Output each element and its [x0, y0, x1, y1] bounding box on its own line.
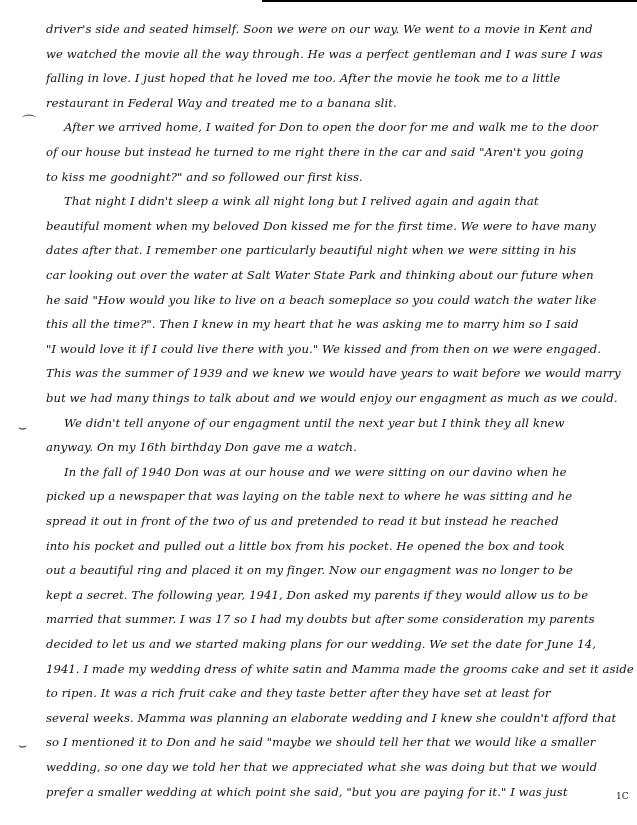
margin-mark: ⌣ — [18, 420, 27, 436]
text-line: decided to let us and we started making … — [46, 637, 596, 651]
text-line: this all the time?". Then I knew in my h… — [46, 317, 579, 331]
text-line: kept a secret. The following year, 1941,… — [46, 588, 588, 602]
text-line: we watched the movie all the way through… — [46, 47, 603, 61]
text-line: falling in love. I just hoped that he lo… — [46, 71, 560, 85]
text-line: 1941. I made my wedding dress of white s… — [46, 662, 634, 676]
text-line: We didn't tell anyone of our engagment u… — [64, 416, 565, 430]
text-line: so I mentioned it to Don and he said "ma… — [46, 735, 595, 749]
text-line: into his pocket and pulled out a little … — [46, 539, 565, 553]
margin-mark: ⌒ — [22, 112, 36, 132]
page-number: 1C — [616, 792, 629, 802]
text-line: dates after that. I remember one particu… — [46, 243, 576, 257]
text-line: of our house but instead he turned to me… — [46, 145, 584, 159]
text-line: In the fall of 1940 Don was at our house… — [64, 465, 567, 479]
text-line: but we had many things to talk about and… — [46, 391, 618, 405]
text-line: several weeks. Mamma was planning an ela… — [46, 711, 616, 725]
text-line: anyway. On my 16th birthday Don gave me … — [46, 440, 357, 454]
margin-mark: ⌣ — [18, 738, 27, 754]
text-line: to ripen. It was a rich fruit cake and t… — [46, 686, 551, 700]
text-line: beautiful moment when my beloved Don kis… — [46, 219, 596, 233]
text-line: to kiss me goodnight?" and so followed o… — [46, 170, 363, 184]
text-line: car looking out over the water at Salt W… — [46, 268, 594, 282]
text-line: wedding, so one day we told her that we … — [46, 760, 597, 774]
text-line: "I would love it if I could live there w… — [46, 342, 601, 356]
text-line: After we arrived home, I waited for Don … — [64, 120, 598, 134]
top-border-line — [262, 0, 637, 2]
text-line: picked up a newspaper that was laying on… — [46, 489, 572, 503]
text-line: married that summer. I was 17 so I had m… — [46, 612, 595, 626]
text-line: out a beautiful ring and placed it on my… — [46, 563, 573, 577]
text-line: spread it out in front of the two of us … — [46, 514, 559, 528]
text-line: he said "How would you like to live on a… — [46, 293, 597, 307]
text-line: prefer a smaller wedding at which point … — [46, 785, 568, 799]
text-line: restaurant in Federal Way and treated me… — [46, 96, 397, 110]
text-line: driver's side and seated himself. Soon w… — [46, 22, 593, 36]
text-line: That night I didn't sleep a wink all nig… — [64, 194, 539, 208]
text-line: This was the summer of 1939 and we knew … — [46, 366, 621, 380]
